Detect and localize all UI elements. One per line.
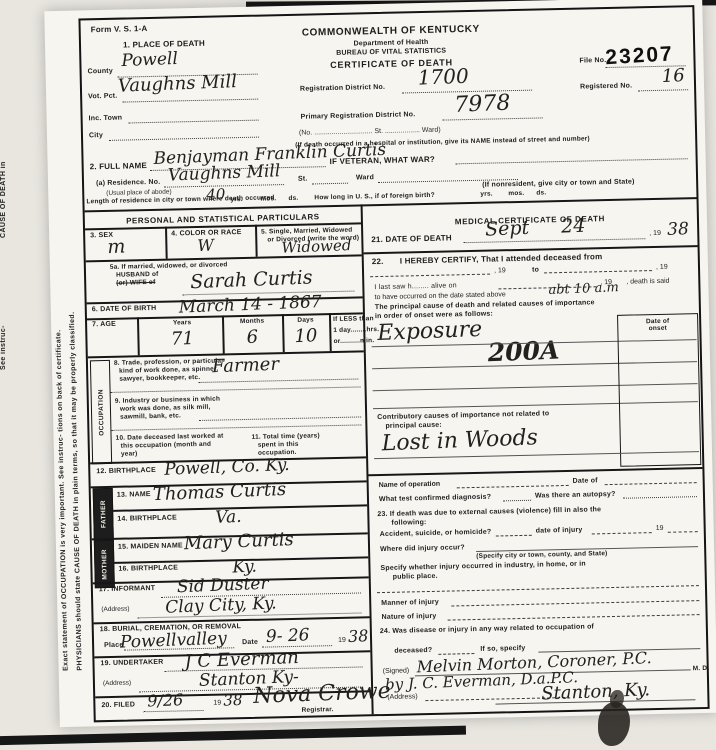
principal-text-1: The principal cause of death and related… bbox=[375, 299, 595, 311]
certify-text: I HEREBY CERTIFY, That I attended deceas… bbox=[400, 252, 603, 265]
signer-address-label: (Address) bbox=[387, 693, 417, 701]
totaltime-label-1: 11. Total time (years) bbox=[252, 432, 320, 440]
injury-19-line bbox=[668, 531, 698, 533]
manner-of-injury-label: Manner of injury bbox=[381, 599, 439, 607]
registered-no-line bbox=[638, 89, 688, 91]
registrar-signature: Nova Crowe bbox=[253, 679, 391, 709]
where-note: (Specify city or town, county, and State… bbox=[476, 550, 607, 560]
md-label: M. D. bbox=[693, 665, 710, 672]
father-birthplace-label: 14. BIRTHPLACE bbox=[117, 514, 177, 522]
test-line bbox=[503, 500, 531, 502]
burial-year-value: 38 bbox=[348, 626, 369, 646]
nature-line bbox=[448, 614, 700, 620]
howlong-mos-label: mos. bbox=[508, 190, 524, 197]
certify-to: to bbox=[532, 267, 539, 274]
onset-label-2: onset bbox=[618, 324, 697, 333]
marital-value: Widowed bbox=[281, 236, 352, 257]
occupation-side-text: OCCUPATION bbox=[97, 389, 105, 436]
date-of-onset-box: Date of onset bbox=[617, 313, 701, 467]
age-days-value: 10 bbox=[282, 325, 330, 348]
external-text-2: following: bbox=[391, 519, 426, 527]
residence-label: (a) Residence. No. bbox=[96, 179, 160, 187]
mother-side-text: MOTHER bbox=[101, 549, 109, 580]
trade-label-2: kind of work done, as spinner, bbox=[119, 366, 218, 375]
informant-address-label: (Address) bbox=[101, 606, 129, 614]
autopsy-line bbox=[623, 496, 697, 499]
registered-no-value: 16 bbox=[661, 65, 685, 87]
filed-year-value: 38 bbox=[223, 691, 243, 710]
injury-date-line bbox=[592, 532, 652, 534]
spouse-label-2: HUSBAND of bbox=[116, 271, 159, 279]
scan-artifact-bottom-bar bbox=[0, 726, 466, 746]
accident-label: Accident, suicide, or homicide? bbox=[380, 529, 492, 538]
place-of-death-label: 1. PLACE OF DEATH bbox=[123, 39, 205, 50]
ifless-label-2: 1 day........hrs. bbox=[333, 326, 379, 334]
sex-value: m bbox=[107, 235, 126, 258]
county-value: Powell bbox=[121, 49, 178, 71]
lastsaw-text: I last saw h........ alive on bbox=[374, 282, 457, 291]
informant-label: 17. INFORMANT bbox=[99, 585, 155, 593]
specify-text-1: Specify whether injury occurred in indus… bbox=[380, 561, 585, 572]
mother-name-value: Mary Curtis bbox=[184, 529, 295, 554]
veteran-line bbox=[456, 158, 688, 164]
inc-town-line bbox=[129, 120, 259, 124]
lastworked-label-3: year) bbox=[121, 450, 138, 457]
howlong-ds-label: ds. bbox=[536, 189, 546, 196]
st-line bbox=[312, 183, 348, 185]
registered-no-label: Registered No. bbox=[580, 82, 632, 90]
external-text-1: 23. If death was due to external causes … bbox=[377, 506, 601, 518]
row-sep bbox=[111, 424, 361, 430]
cell-border bbox=[329, 313, 331, 351]
spouse-value: Sarah Curtis bbox=[190, 266, 313, 293]
residence-value: Vaughns Mill bbox=[167, 161, 280, 185]
deceased-label: deceased? bbox=[394, 647, 432, 655]
cell-border bbox=[255, 225, 257, 257]
lastsaw-tail: , death is said bbox=[626, 278, 669, 286]
ifso-label: If so, specify bbox=[480, 645, 525, 653]
father-name-label: 13. NAME bbox=[117, 491, 151, 499]
length-mos-label: mos. bbox=[260, 195, 276, 202]
length-ds-label: ds. bbox=[288, 195, 298, 202]
trade-line bbox=[198, 378, 358, 382]
filed-year-prefix: 19 bbox=[213, 700, 221, 707]
veteran-label: IF VETERAN, WHAT WAR? bbox=[330, 155, 436, 166]
filed-line bbox=[144, 710, 204, 712]
father-side-label: FATHER bbox=[93, 488, 114, 540]
birthplace-value: Powell, Co. Ky. bbox=[164, 455, 290, 480]
color-race-value: W bbox=[197, 235, 214, 255]
howlong-us-label: How long in U. S., if of foreign birth? bbox=[314, 192, 435, 202]
city-line bbox=[109, 137, 259, 141]
age-days-label: Days bbox=[282, 316, 329, 324]
ink-blot bbox=[598, 702, 630, 746]
vot-pct-line bbox=[122, 99, 258, 103]
certificate-sheet: PHYSICIANS should state CAUSE OF DEATH i… bbox=[44, 0, 716, 727]
dod-year-value: 38 bbox=[667, 219, 689, 240]
specify-divider bbox=[377, 585, 699, 593]
abode-note: (Usual place of abode) bbox=[106, 189, 172, 197]
injury-19: 19 bbox=[656, 525, 664, 532]
spouse-label-3: (or) WIFE of bbox=[116, 279, 155, 287]
burial-date-value: 9- 26 bbox=[266, 625, 310, 647]
birthplace-label: 12. BIRTHPLACE bbox=[96, 467, 156, 475]
cell-border bbox=[137, 317, 139, 355]
age-months-label: Months bbox=[222, 317, 282, 325]
cause-code-value: 200A bbox=[487, 335, 560, 367]
accident-line bbox=[496, 535, 532, 537]
burial-year-prefix: 19 bbox=[338, 637, 346, 644]
file-no-label: File No. bbox=[579, 57, 606, 65]
certificate-form-border: Form V. S. 1-A 1. PLACE OF DEATH County … bbox=[78, 5, 709, 722]
industry-label-2: work was done, as silk mill, bbox=[120, 404, 211, 413]
ward-label: Ward bbox=[356, 174, 374, 181]
primary-registration-value: 7978 bbox=[454, 91, 511, 118]
registration-district-value: 1700 bbox=[417, 64, 469, 90]
test-label: What test confirmed diagnosis? bbox=[379, 494, 491, 503]
mother-birthplace-label: 16. BIRTHPLACE bbox=[118, 564, 178, 572]
nature-of-injury-label: Nature of injury bbox=[381, 613, 436, 621]
operation-line bbox=[457, 485, 569, 488]
autopsy-label: Was there an autopsy? bbox=[535, 491, 616, 500]
age-label: 7. AGE bbox=[92, 321, 116, 329]
row-border bbox=[368, 467, 702, 476]
vot-pct-label: Vot. Pct. bbox=[88, 93, 117, 101]
filed-date-value: 9/26 bbox=[147, 690, 184, 710]
father-birthplace-value: Va. bbox=[215, 507, 242, 528]
trade-value: Farmer bbox=[212, 354, 280, 378]
operation-date-line bbox=[605, 482, 697, 485]
inc-town-label: Inc. Town bbox=[89, 115, 123, 123]
manner-line bbox=[451, 600, 699, 606]
certify-number: 22. bbox=[372, 257, 384, 266]
ifless-label-3: or..........min. bbox=[333, 337, 374, 345]
date-of-death-value: Sept 24 bbox=[485, 215, 586, 241]
age-years-label: Years bbox=[142, 318, 222, 327]
trade-label-3: sawyer, bookkeeper, etc. bbox=[119, 374, 200, 383]
length-yrs-label: yrs. bbox=[230, 196, 243, 203]
registration-district-label: Registration District No. bbox=[300, 84, 385, 93]
specify-text-2: public place. bbox=[393, 573, 438, 581]
industry-line bbox=[199, 416, 361, 421]
dob-label: 6. DATE OF BIRTH bbox=[92, 305, 157, 313]
mother-name-label: 15. MAIDEN NAME bbox=[118, 542, 183, 550]
certificate-of-death-title: CERTIFICATE OF DEATH bbox=[271, 56, 511, 71]
st-label: St. bbox=[298, 176, 308, 183]
date-of-death-label: 21. DATE OF DEATH bbox=[371, 233, 452, 244]
no-st-ward-note: (No. .............................. St. … bbox=[299, 127, 441, 137]
occupation-side-label: OCCUPATION bbox=[90, 360, 112, 464]
age-months-value: 6 bbox=[222, 326, 283, 349]
contributory-value: Lost in Woods bbox=[381, 425, 538, 456]
burial-date-label: Date bbox=[242, 639, 258, 646]
dod-year-prefix: , 19 bbox=[649, 230, 661, 237]
father-name-value: Thomas Curtis bbox=[152, 479, 286, 505]
registrar-label: Registrar. bbox=[302, 706, 334, 714]
where-injury-label: Where did injury occur? bbox=[380, 544, 465, 553]
full-name-label: 2. FULL NAME bbox=[90, 161, 148, 171]
row-sep bbox=[111, 386, 361, 392]
age-years-value: 71 bbox=[142, 327, 223, 351]
primary-registration-label: Primary Registration District No. bbox=[301, 111, 416, 121]
cell-border bbox=[165, 227, 167, 259]
cause-of-death-value: Exposure bbox=[377, 317, 483, 346]
injury-date-label: date of injury bbox=[536, 527, 583, 535]
ifless-label-1: If LESS than bbox=[333, 315, 374, 323]
totaltime-label-2: spent in this bbox=[258, 441, 299, 449]
filed-label: 20. FILED bbox=[101, 701, 135, 709]
certify-19a: , 19 bbox=[494, 267, 506, 274]
related-occupation-text: 24. Was disease or injury in any way rel… bbox=[380, 623, 594, 635]
vot-pct-value: Vaughns Mill bbox=[118, 71, 238, 97]
occurred-text: to have occurred on the date stated abov… bbox=[375, 291, 506, 301]
operation-label: Name of operation bbox=[379, 481, 441, 489]
scan-edge-text-fragment: See instruc- bbox=[0, 250, 11, 370]
scan-edge-text-fragment: CAUSE OF DEATH in bbox=[0, 8, 11, 238]
occurred-time-value: abt 10 a.m bbox=[548, 280, 619, 298]
contributory-text-1: Contributory causes of importance not re… bbox=[377, 410, 549, 421]
length-residence-value: 40 bbox=[206, 185, 226, 204]
certify-line-2 bbox=[544, 270, 652, 273]
row-border bbox=[364, 245, 698, 254]
father-side-text: FATHER bbox=[99, 500, 107, 528]
undertaker-label: 19. UNDERTAKER bbox=[100, 659, 163, 667]
primary-registration-line bbox=[443, 117, 543, 120]
lastworked-label-2: this occupation (month and bbox=[121, 441, 212, 450]
form-number: Form V. S. 1-A bbox=[91, 24, 148, 34]
industry-label-3: sawmill, bank, etc. bbox=[120, 412, 181, 420]
howlong-yrs-label: yrs. bbox=[480, 191, 493, 198]
certify-line-1 bbox=[370, 274, 490, 278]
operation-dateof-label: Date of bbox=[573, 477, 598, 485]
county-label: County bbox=[88, 68, 113, 76]
city-label: City bbox=[89, 132, 103, 139]
undertaker-address-label: (Address) bbox=[103, 680, 131, 688]
certify-19b: , 19 bbox=[656, 264, 668, 271]
